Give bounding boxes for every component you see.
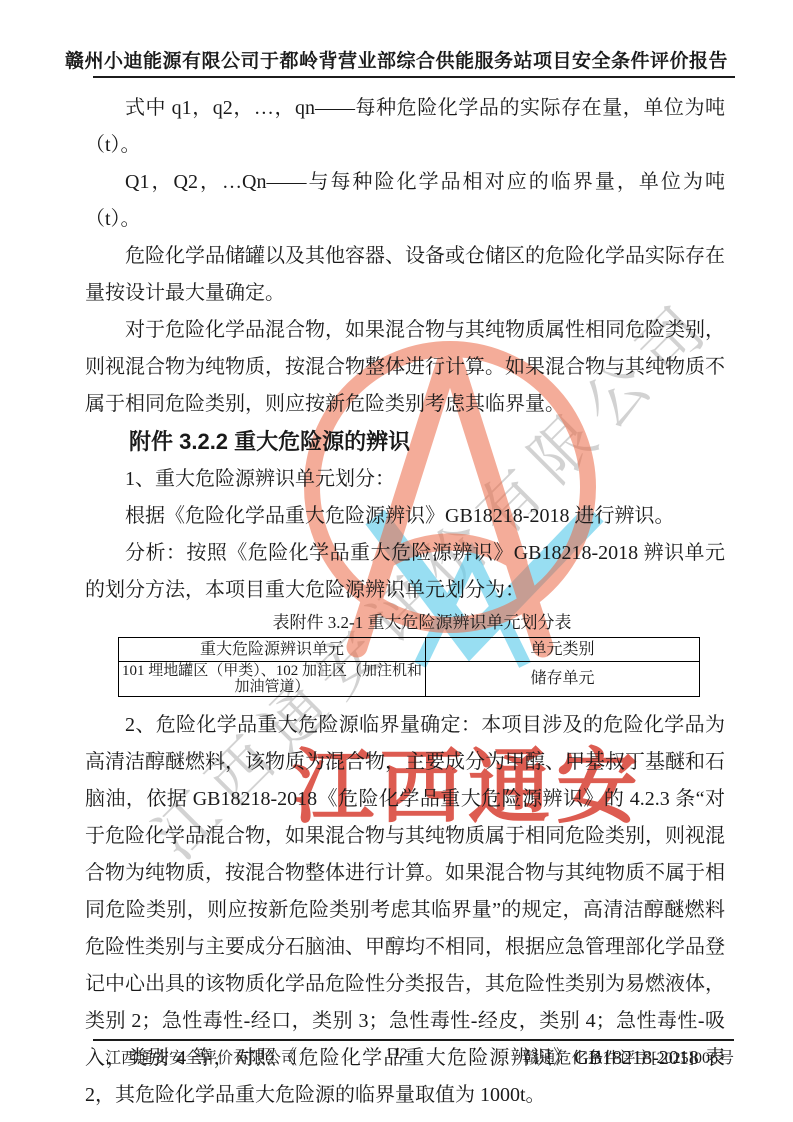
page-content: 赣州小迪能源有限公司于都岭背营业部综合供能服务站项目安全条件评价报告 式中 q1… xyxy=(0,0,793,1122)
table-cell-type: 储存单元 xyxy=(426,662,700,697)
table-header-unit: 重大危险源辨识单元 xyxy=(119,638,426,662)
document-header-title: 赣州小迪能源有限公司于都岭背营业部综合供能服务站项目安全条件评价报告 xyxy=(0,46,793,73)
section-heading: 附件 3.2.2 重大危险源的辨识 xyxy=(85,423,725,461)
header-rule xyxy=(93,76,735,78)
paragraph-unit-division: 1、重大危险源辨识单元划分： xyxy=(85,461,725,498)
paragraph-mixture-rule: 对于危险化学品混合物，如果混合物与其纯物质属性相同危险类别，则视混合物为纯物质，… xyxy=(85,312,725,423)
table-header-row: 重大危险源辨识单元 单元类别 xyxy=(119,638,700,662)
table-cell-unit: 101 埋地罐区（甲类）、102 加注区（加注机和加油管道） xyxy=(119,662,426,697)
body-text-block: 式中 q1，q2，…，qn——每种危险化学品的实际存在量，单位为吨（t）。 Q1… xyxy=(85,90,725,1114)
document-page: 江西通安评价有限公司 江西通安 赣州小迪能源有限公司于都岭背营业部综合供能服务站… xyxy=(0,0,793,1122)
table-row: 101 埋地罐区（甲类）、102 加注区（加注机和加油管道） 储存单元 xyxy=(119,662,700,697)
paragraph-gb-identify: 根据《危险化学品重大危险源辨识》GB18218-2018 进行辨识。 xyxy=(85,498,725,535)
paragraph-storage-amount: 危险化学品储罐以及其他容器、设备或仓储区的危险化学品实际存在量按设计最大量确定。 xyxy=(85,238,725,312)
footer-rule xyxy=(93,1039,734,1041)
table-caption: 表附件 3.2-1 重大危险源辨识单元划分表 xyxy=(85,609,725,637)
paragraph-formula-Q: Q1，Q2，…Qn——与每种险化学品相对应的临界量，单位为吨（t）。 xyxy=(85,164,725,238)
paragraph-analysis: 分析：按照《危险化学品重大危险源辨识》GB18218-2018 辨识单元的划分方… xyxy=(85,535,725,609)
table-header-type: 单元类别 xyxy=(426,638,700,662)
footer-doc-number: 赣通危化条件评字[2025]006号 xyxy=(0,1045,734,1068)
paragraph-formula-q: 式中 q1，q2，…，qn——每种危险化学品的实际存在量，单位为吨（t）。 xyxy=(85,90,725,164)
unit-division-table: 重大危险源辨识单元 单元类别 101 埋地罐区（甲类）、102 加注区（加注机和… xyxy=(118,637,700,697)
